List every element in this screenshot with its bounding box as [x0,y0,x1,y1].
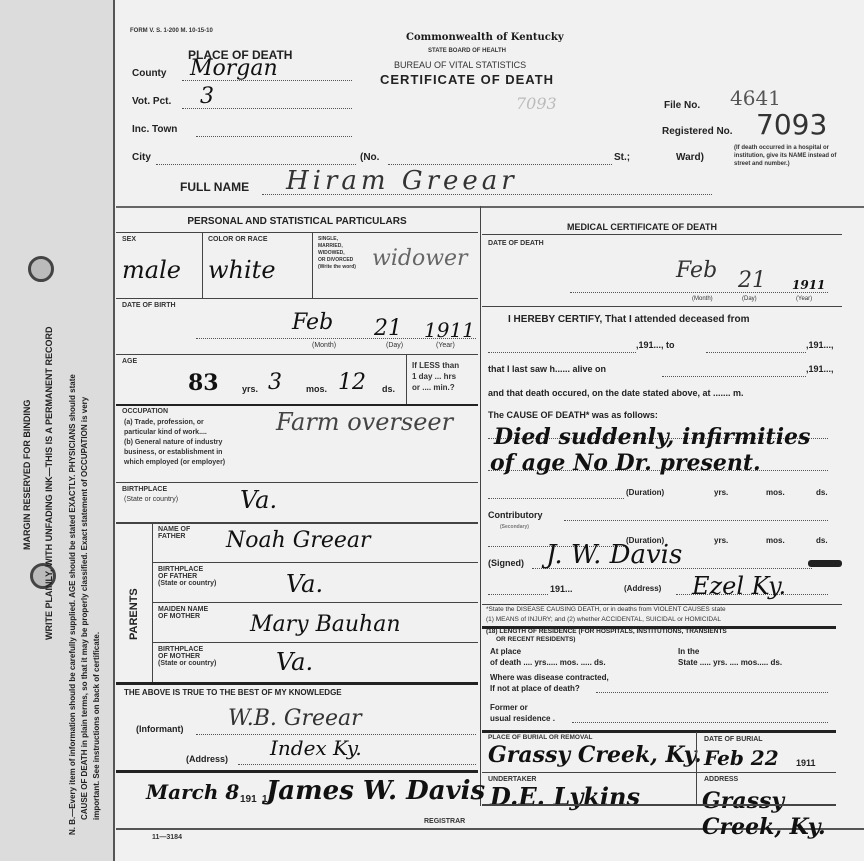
informant-address-field [238,764,476,765]
informant-label: (Informant) [136,724,184,734]
burial-date-value: Feb 22 [704,746,779,770]
informant-heading: THE ABOVE IS TRUE TO THE BEST OF MY KNOW… [124,688,342,697]
binding-margin: MARGIN RESERVED FOR BINDING WRITE PLAINL… [0,0,115,861]
occupation-value: Farm overseer [276,408,453,436]
mother-name-line-2: OF MOTHER [158,613,208,620]
divider [152,642,478,643]
less-than-line-3: or .... min.? [412,382,459,393]
commonwealth-title: Commonwealth of Kentucky [406,32,564,43]
dob-day: 21 [374,316,402,341]
divider [116,232,478,233]
margin-note-3: important. See instructions on back of c… [92,632,101,820]
cause-line-2: of age No Dr. present. [490,450,761,476]
marital-option-divorced: OR DIVORCED [318,257,356,264]
divider [116,522,478,524]
medical-heading: MEDICAL CERTIFICATE OF DEATH [482,222,802,232]
father-name-line-2: FATHER [158,533,190,540]
mother-bp-line-3: (State or country) [158,660,216,667]
duration-ds-2: ds. [816,536,828,545]
last-seen-field [662,376,806,377]
footnote-2: (1) MEANS of INJURY; and (2) whether ACC… [486,616,721,623]
divider [482,772,836,773]
father-birthplace-value: Va. [286,570,323,598]
vot-pct-label: Vot. Pct. [132,96,171,107]
inc-town-field [196,136,352,137]
divider [116,682,478,685]
divider [202,232,203,298]
bureau-title: BUREAU OF VITAL STATISTICS [394,60,526,70]
contributory-label: Contributory [488,510,543,520]
column-divider [480,206,481,806]
marital-label: SINGLE, MARRIED, WIDOWED, OR DIVORCED (W… [318,236,356,271]
parents-side-label: PARENTS [128,588,140,640]
dod-day-caption: (Day) [742,296,757,302]
contracted-label: Where was disease contracted, If not at … [490,672,609,694]
duration-ds-1: ds. [816,488,828,497]
date-of-death-label: DATE OF DEATH [488,240,544,247]
at-place-label: At place of death .... yrs..... mos. ...… [490,646,606,668]
residence-heading-1: (18) LENGTH OF RESIDENCE (FOR HOSPITALS,… [486,628,727,635]
divider [116,354,478,355]
race-value: white [208,256,276,284]
divider [116,770,478,773]
header-divider [116,206,864,208]
signed-label: (Signed) [488,558,524,568]
age-mos-label: mos. [306,384,327,394]
faint-stamp: 7093 [516,94,557,113]
occupation-instructions: (a) Trade, profession, or particular kin… [124,418,225,468]
full-name-value: Hiram Greear [286,166,518,196]
in-state-label: In the State ..... yrs. .... mos..... ds… [678,646,782,668]
age-label: AGE [122,358,137,365]
full-name-label: FULL NAME [180,180,249,194]
dob-month-caption: (Month) [312,342,336,349]
physician-address-value: Ezel Ky. [692,572,786,600]
burial-date-label: DATE OF BURIAL [704,736,763,743]
father-name-label: NAME OF FATHER [158,526,190,540]
birthplace-sub: (State or country) [124,496,178,503]
dob-day-caption: (Day) [386,342,403,349]
binding-hole-top [28,256,54,282]
burial-place-label: PLACE OF BURIAL OR REMOVAL [488,734,592,741]
street-label: St.; [614,152,630,163]
city-label: City [132,152,151,163]
certify-line-2a: ,191..., to [636,340,675,350]
informant-address-value: Index Ky. [270,736,362,760]
sex-value: male [122,256,181,284]
undertaker-address-label: ADDRESS [704,776,738,783]
street-no-label: (No. [360,152,379,163]
footer-code: 11—3184 [152,834,182,841]
occ-a-line-1: (a) Trade, profession, or [124,418,225,428]
margin-permanent-text: WRITE PLAINLY, WITH UNFADING INK—THIS IS… [44,326,54,640]
marital-write-word: (Write the word) [318,264,356,271]
signed-year: 191... [550,584,573,594]
race-label: COLOR OR RACE [208,236,268,243]
certify-line-3a: that I last saw h...... alive on [488,364,606,374]
certificate-form: FORM V. S. 1-200 M. 10-15-10 Commonwealt… [116,20,864,840]
dod-year-caption: (Year) [796,296,812,302]
dod-day: 21 [738,268,766,293]
footnote-1: *State the DISEASE CAUSING DEATH, or in … [486,606,726,613]
divider [482,804,836,806]
informant-value: W.B. Greear [228,706,362,731]
divider [312,232,313,298]
less-than-day: If LESS than 1 day ... hrs or .... min.? [412,360,459,393]
certify-line-3b: ,191..., [806,364,834,374]
divider [482,234,842,235]
dod-month: Feb [676,258,717,283]
age-months: 3 [268,370,282,395]
occ-a-line-2: particular kind of work.... [124,428,225,438]
less-than-line-2: 1 day ... hrs [412,371,459,382]
occupation-label: OCCUPATION [122,408,168,415]
mother-bp-line-1: BIRTHPLACE [158,646,216,653]
duration-field [488,498,624,499]
contracted-line-1: Where was disease contracted, [490,672,609,683]
mother-name-value: Mary Bauhan [250,612,401,637]
occ-b-line-1: (b) General nature of industry [124,438,225,448]
secondary-label: (Secondary) [500,524,529,530]
residence-heading-2: OR RECENT RESIDENTS) [496,636,575,643]
filed-year-prefix: 191 [240,794,257,805]
divider [116,298,478,299]
physician-signature: J. W. Davis [546,540,682,570]
margin-note-2: CAUSE OF DEATH in plain terms, so that i… [80,397,89,820]
divider [116,482,478,483]
occ-b-line-2: business, or establishment in [124,448,225,458]
filed-date: March 8 [146,780,239,804]
burial-place-value: Grassy Creek, Ky. [488,742,702,768]
mother-birthplace-value: Va. [276,648,313,676]
contracted-field [596,692,828,693]
occ-b-line-3: which employed (or employer) [124,458,225,468]
registrar-label: REGISTRAR [424,818,465,825]
divider [152,562,478,563]
marital-option-married: MARRIED, [318,243,356,250]
former-line-2: usual residence . [490,713,555,724]
county-value: Morgan [190,56,278,81]
death-certificate: MARGIN RESERVED FOR BINDING WRITE PLAINL… [0,0,864,861]
age-years: 83 [188,370,219,396]
marital-option-widowed: WIDOWED, [318,250,356,257]
cause-label: The CAUSE OF DEATH* was as follows: [488,410,658,420]
informant-address-label: (Address) [186,754,228,764]
street-field [388,164,612,165]
duration-yrs-2: yrs. [714,536,728,545]
ward-label: Ward) [676,152,704,163]
birthplace-value: Va. [240,486,277,514]
registrar-signature: James W. Davis [266,776,485,806]
in-state-line-2: State ..... yrs. .... mos..... ds. [678,657,782,668]
certificate-title: CERTIFICATE OF DEATH [380,72,554,87]
board-title: STATE BOARD OF HEALTH [428,48,506,54]
margin-note-1: N. B.—Every item of information should b… [68,374,77,835]
divider [482,604,842,605]
undertaker-value: D.E. Lykins [490,782,640,811]
dob-label: DATE OF BIRTH [122,302,176,309]
at-place-line-2: of death .... yrs..... mos. ..... ds. [490,657,606,668]
inc-town-label: Inc. Town [132,124,177,135]
registered-no-value: 7093 [756,108,827,141]
age-ds-label: ds. [382,384,395,394]
mother-birthplace-label: BIRTHPLACE OF MOTHER (State or country) [158,646,216,667]
mother-name-label: MAIDEN NAME OF MOTHER [158,606,208,620]
sex-label: SEX [122,236,136,243]
mother-name-line-1: MAIDEN NAME [158,606,208,613]
divider [482,730,836,733]
age-yrs-label: yrs. [242,384,258,394]
father-bp-line-3: (State or country) [158,580,216,587]
hospital-note: (If death occurred in a hospital or inst… [734,144,844,168]
contributory-field [564,520,828,521]
date-of-death-field [570,292,828,293]
certify-line-2b: ,191..., [806,340,834,350]
duration-mos-1: mos. [766,488,785,497]
at-place-line-1: At place [490,646,606,657]
former-residence-field [572,722,828,723]
certify-line-1: I HEREBY CERTIFY, That I attended deceas… [508,314,750,325]
county-label: County [132,68,166,79]
margin-reserved-text: MARGIN RESERVED FOR BINDING [22,400,32,550]
divider [116,404,478,406]
marital-option-single: SINGLE, [318,236,356,243]
file-no-value: 4641 [730,86,781,110]
divider [406,354,407,404]
vot-pct-value: 3 [200,84,214,109]
less-than-line-1: If LESS than [412,360,459,371]
duration-label-1: (Duration) [626,488,664,497]
divider [482,306,842,307]
file-no-label: File No. [664,100,700,111]
registered-no-label: Registered No. [662,126,733,137]
in-state-line-1: In the [678,646,782,657]
informant-field [196,734,476,735]
birthplace-label: BIRTHPLACE [122,486,167,493]
divider [152,602,478,603]
attended-from-field [488,352,636,353]
divider [696,732,697,804]
father-bp-line-2: OF FATHER [158,573,216,580]
marital-value: widower [372,246,468,271]
duration-mos-2: mos. [766,536,785,545]
father-name-value: Noah Greear [226,528,371,553]
former-residence-label: Former or usual residence . [490,702,555,724]
dob-year-caption: (Year) [436,342,455,349]
ink-blot [808,560,842,567]
dob-year: 1911 [424,318,475,342]
age-days: 12 [338,370,366,395]
mother-bp-line-2: OF MOTHER [158,653,216,660]
certify-line-4: and that death occured, on the date stat… [488,388,744,398]
dob-month: Feb [292,310,333,335]
form-number: FORM V. S. 1-200 M. 10-15-10 [130,28,213,34]
signed-date-field [488,594,548,595]
contracted-line-2: If not at place of death? [490,683,609,694]
physician-address-label: (Address) [624,584,661,593]
father-birthplace-label: BIRTHPLACE OF FATHER (State or country) [158,566,216,587]
duration-yrs-1: yrs. [714,488,728,497]
father-bp-line-1: BIRTHPLACE [158,566,216,573]
burial-year: 1911 [796,758,816,768]
former-line-1: Former or [490,702,555,713]
attended-to-field [706,352,806,353]
city-field [156,164,356,165]
dod-month-caption: (Month) [692,296,713,302]
undertaker-address-value: Grassy Creek, Ky. [702,788,864,840]
cause-line-1: Died suddenly, infirmities [494,424,810,450]
dod-year: 1911 [792,278,825,292]
father-name-line-1: NAME OF [158,526,190,533]
personal-heading: PERSONAL AND STATISTICAL PARTICULARS [116,216,478,227]
